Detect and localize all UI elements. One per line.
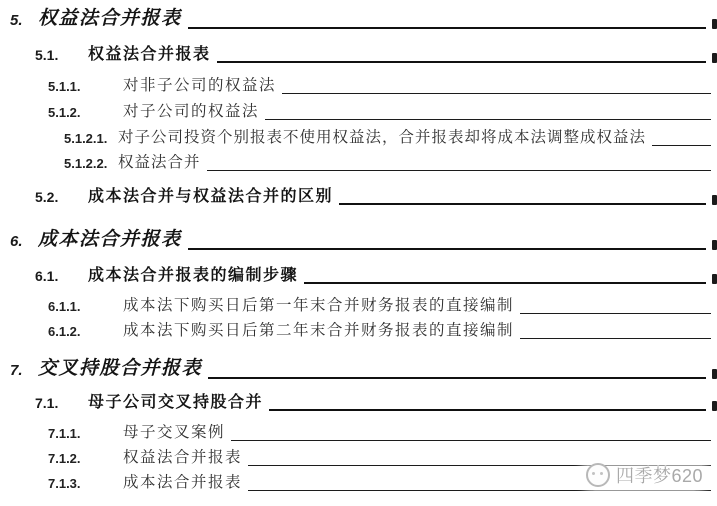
toc-number: 5.2. (35, 189, 88, 209)
toc-number: 7.1. (35, 395, 88, 415)
toc-entry-5-2[interactable]: 5.2. 成本法合并与权益法合并的区别 (0, 183, 717, 209)
toc-title: 成本法下购买日后第二年末合并财务报表的直接编制 (123, 318, 514, 343)
toc-entry-7[interactable]: 7. 交叉持股合并报表 (0, 357, 717, 383)
toc-number: 7.1.1. (48, 426, 123, 445)
toc-entry-6-1-1[interactable]: 6.1.1. 成本法下购买日后第一年末合并财务报表的直接编制 (0, 292, 717, 318)
toc-title: 权益法合并报表 (123, 445, 242, 470)
page-number-fragment (712, 401, 717, 411)
toc-title: 成本法合并报表 (123, 470, 242, 495)
toc-number: 6.1. (35, 268, 88, 288)
toc-title: 交叉持股合并报表 (38, 353, 202, 383)
toc-leader-line (652, 145, 711, 146)
toc-leader-line (520, 338, 711, 339)
toc-title: 成本法合并与权益法合并的区别 (88, 183, 333, 209)
toc-leader-line (269, 409, 706, 411)
page-number-fragment (712, 195, 717, 205)
toc-entry-5-1-1[interactable]: 5.1.1. 对非子公司的权益法 (0, 72, 717, 98)
toc-entry-5[interactable]: 5. 权益法合并报表 (0, 7, 717, 33)
toc-leader-line (217, 61, 706, 63)
toc-number: 5.1. (35, 47, 88, 67)
toc-title: 母子交叉案例 (123, 420, 225, 445)
toc-entry-7-1[interactable]: 7.1. 母子公司交叉持股合并 (0, 389, 717, 415)
toc-title: 权益法合并 (118, 150, 201, 175)
toc-number: 5.1.2.1. (64, 131, 118, 150)
toc-title: 对子公司投资个别报表不使用权益法，合并报表却将成本法调整成权益法 (118, 125, 646, 150)
watermark: 四季梦620 (584, 458, 705, 492)
watermark-text: 四季梦620 (616, 462, 703, 488)
toc-leader-line (282, 93, 711, 94)
page-number-fragment (712, 240, 717, 250)
toc-number: 6. (10, 233, 38, 254)
toc-title: 成本法合并报表的编制步骤 (88, 262, 298, 288)
toc-leader-line (188, 27, 706, 29)
toc-number: 5.1.2.2. (64, 156, 118, 175)
toc-entry-5-1-2[interactable]: 5.1.2. 对子公司的权益法 (0, 98, 717, 124)
toc-leader-line (207, 170, 711, 171)
toc-leader-line (231, 440, 711, 441)
page-number-fragment (712, 53, 717, 63)
toc-entry-6-1[interactable]: 6.1. 成本法合并报表的编制步骤 (0, 262, 717, 288)
toc-number: 7.1.3. (48, 476, 123, 495)
toc-title: 母子公司交叉持股合并 (88, 389, 263, 415)
page-number-fragment (712, 19, 717, 29)
toc-leader-line (188, 248, 706, 250)
panda-face-logo-icon (586, 463, 610, 487)
toc-title: 对非子公司的权益法 (123, 73, 276, 98)
toc-number: 7.1.2. (48, 451, 123, 470)
toc-entry-7-1-1[interactable]: 7.1.1. 母子交叉案例 (0, 419, 717, 445)
page-number-fragment (712, 274, 717, 284)
toc-number: 7. (10, 362, 38, 383)
toc-title: 对子公司的权益法 (123, 99, 259, 124)
toc-title: 成本法合并报表 (38, 224, 182, 254)
page-number-fragment (712, 369, 717, 379)
toc-leader-line (304, 282, 706, 284)
toc-leader-line (208, 377, 706, 379)
toc-title: 成本法下购买日后第一年末合并财务报表的直接编制 (123, 293, 514, 318)
toc-number: 6.1.2. (48, 324, 123, 343)
toc-leader-line (339, 203, 706, 205)
toc-title: 权益法合并报表 (38, 3, 182, 33)
toc-number: 5.1.1. (48, 79, 123, 98)
toc-number: 5. (10, 12, 38, 33)
toc-entry-6[interactable]: 6. 成本法合并报表 (0, 228, 717, 254)
toc-entry-6-1-2[interactable]: 6.1.2. 成本法下购买日后第二年末合并财务报表的直接编制 (0, 317, 717, 343)
toc-entry-5-1-2-2[interactable]: 5.1.2.2. 权益法合并 (0, 149, 717, 175)
toc-page: 5. 权益法合并报表 5.1. 权益法合并报表 5.1.1. 对非子公司的权益法… (0, 0, 717, 506)
toc-title: 权益法合并报表 (88, 41, 211, 67)
toc-leader-line (520, 313, 711, 314)
toc-number: 6.1.1. (48, 299, 123, 318)
toc-entry-5-1-2-1[interactable]: 5.1.2.1. 对子公司投资个别报表不使用权益法，合并报表却将成本法调整成权益… (0, 124, 717, 150)
toc-entry-5-1[interactable]: 5.1. 权益法合并报表 (0, 41, 717, 67)
toc-number: 5.1.2. (48, 105, 123, 124)
toc-leader-line (265, 119, 711, 120)
